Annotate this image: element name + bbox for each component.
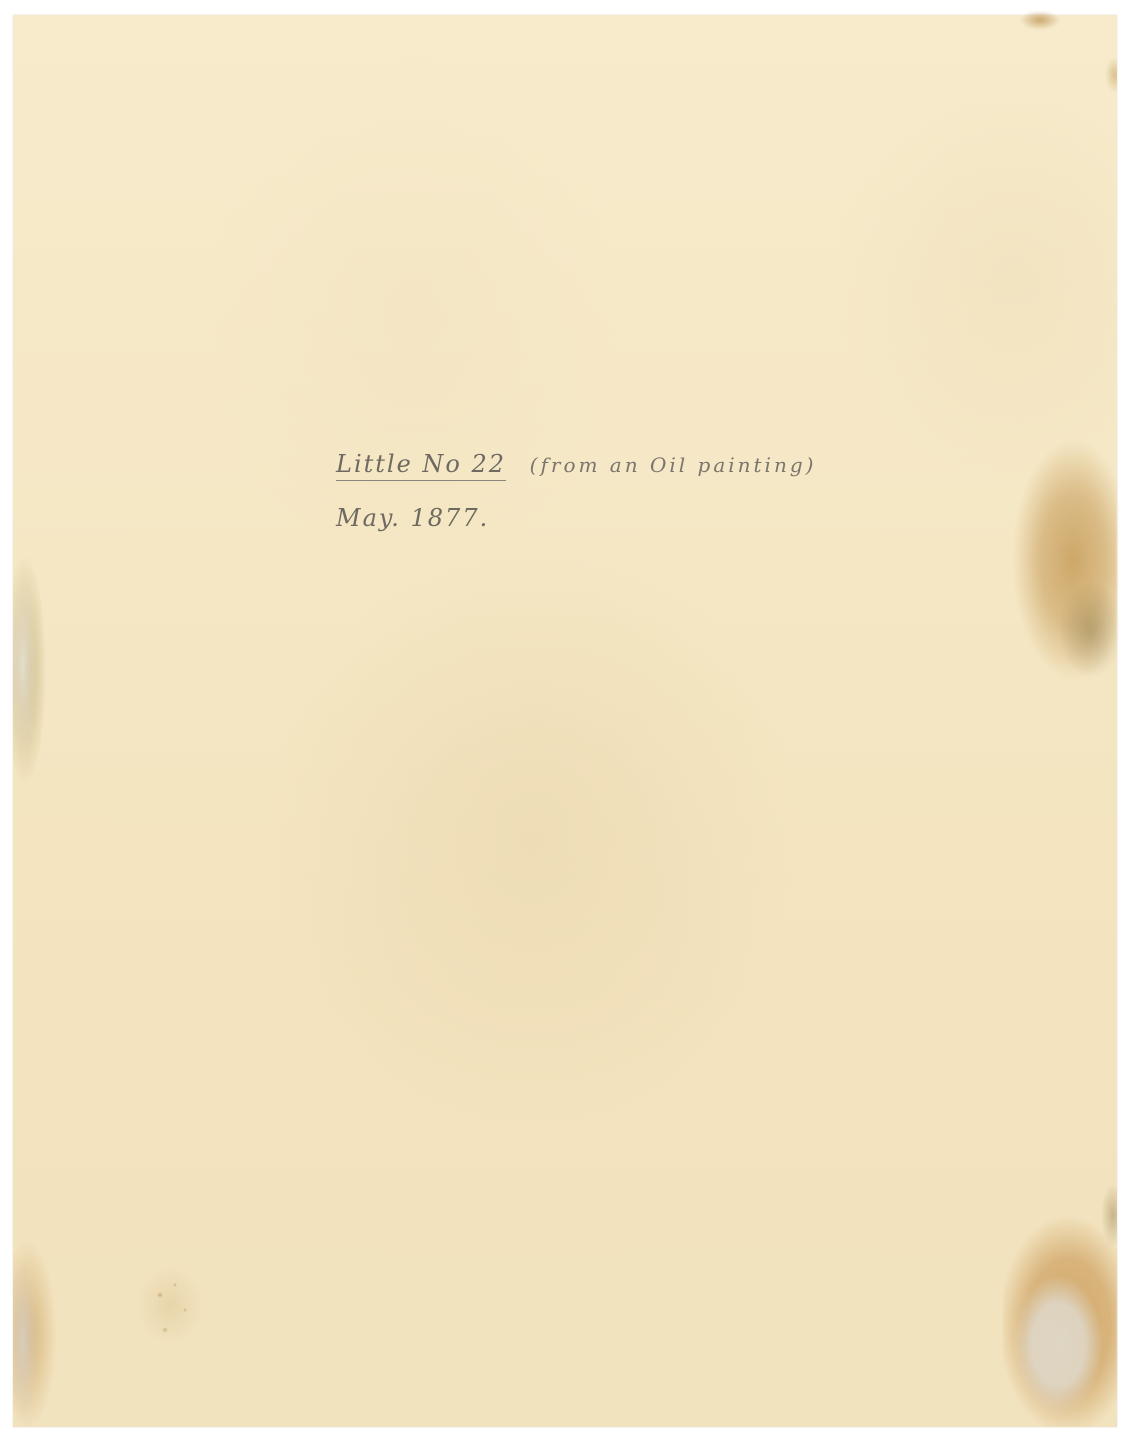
inscription-date: May. 1877.: [336, 506, 489, 530]
inscription-title: Little No 22: [336, 452, 506, 481]
paper-sheet: [13, 15, 1117, 1427]
inscription-note: (from an Oil painting): [530, 455, 817, 475]
inscription-line-1: Little No 22 (from an Oil painting): [336, 452, 816, 481]
